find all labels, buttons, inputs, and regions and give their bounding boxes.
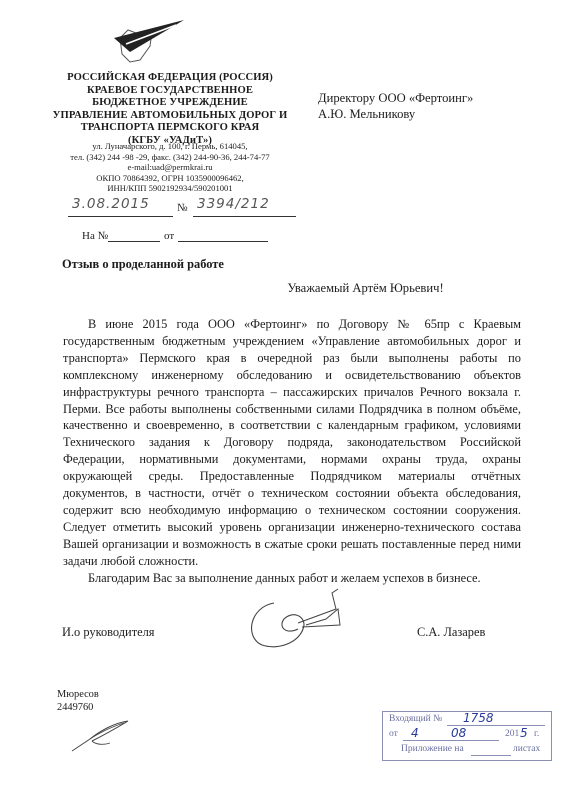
stamp-incoming-number: 1758 bbox=[463, 711, 494, 725]
org-line: БЮДЖЕТНОЕ УЧРЕЖДЕНИЕ bbox=[40, 97, 300, 110]
addressee-position: Директору ООО «Фертоинг» bbox=[318, 90, 473, 106]
reply-reference: На № от bbox=[82, 228, 282, 244]
reply-date-blank bbox=[178, 241, 268, 242]
org-line: КРАЕВОЕ ГОСУДАРСТВЕННОЕ bbox=[40, 85, 300, 98]
stamp-date-line bbox=[403, 740, 499, 741]
stamp-day: 4 bbox=[411, 726, 419, 740]
stamp-year-prefix: 201 bbox=[505, 729, 519, 739]
signer-position: И.о руководителя bbox=[62, 625, 155, 640]
stamp-attachment-label: Приложение на bbox=[401, 744, 464, 754]
executor-name: Мюресов bbox=[57, 689, 99, 702]
incoming-registration-stamp: Входящий № 1758 от 4 08 201 5 г. Приложе… bbox=[382, 711, 552, 761]
email-line: e-mail:uad@permkrai.ru bbox=[40, 162, 300, 173]
executor-phone: 2449760 bbox=[57, 702, 99, 715]
phone-line: тел. (342) 244 -98 -29, факс. (342) 244-… bbox=[40, 152, 300, 163]
reply-from-label: от bbox=[164, 230, 174, 242]
handwritten-signature-icon bbox=[240, 585, 380, 657]
letterhead-contacts: ул. Луначарского, д. 100, г. Пермь, 6140… bbox=[40, 141, 300, 194]
stamp-attachment-row: Приложение на листах bbox=[389, 744, 545, 758]
stamp-sheets-label: листах bbox=[513, 744, 540, 754]
letter-greeting: Уважаемый Артём Юрьевич! bbox=[0, 281, 566, 296]
stamp-year-suffix: 5 bbox=[520, 726, 528, 740]
outgoing-number-field: 3394/212 bbox=[193, 196, 296, 217]
inn-kpp-line: ИНН/КПП 5902192934/590201001 bbox=[40, 183, 300, 194]
body-paragraph: Благодарим Вас за выполнение данных рабо… bbox=[63, 570, 521, 587]
okpo-ogrn-line: ОКПО 70864392, ОГРН 1035900096462, bbox=[40, 173, 300, 184]
organization-logo-icon bbox=[100, 16, 190, 66]
org-line: УПРАВЛЕНИЕ АВТОМОБИЛЬНЫХ ДОРОГ И bbox=[40, 110, 300, 123]
executor-block: Мюресов 2449760 bbox=[57, 689, 99, 714]
org-line: РОССИЙСКАЯ ФЕДЕРАЦИЯ (РОССИЯ) bbox=[40, 72, 300, 85]
addressee-name: А.Ю. Мельникову bbox=[318, 106, 473, 122]
stamp-from-label: от bbox=[389, 729, 398, 739]
outgoing-number: 3394/212 bbox=[197, 196, 270, 212]
stamp-year-label: г. bbox=[534, 729, 539, 739]
org-line: ТРАНСПОРТА ПЕРМСКОГО КРАЯ bbox=[40, 122, 300, 135]
stamp-month: 08 bbox=[451, 726, 466, 740]
letter-subject: Отзыв о проделанной работе bbox=[62, 257, 224, 272]
body-paragraph: В июне 2015 года ООО «Фертоинг» по Догов… bbox=[63, 316, 521, 570]
stamp-date-row: от 4 08 201 5 г. bbox=[389, 729, 545, 743]
stamp-sheets-line bbox=[471, 755, 511, 756]
signer-name: С.А. Лазарев bbox=[417, 625, 485, 640]
address-line: ул. Луначарского, д. 100, г. Пермь, 6140… bbox=[40, 141, 300, 152]
stamp-incoming-label: Входящий № bbox=[389, 714, 442, 724]
reply-number-label: На № bbox=[82, 230, 108, 242]
outgoing-registration: 3.08.2015 № 3394/212 bbox=[68, 196, 292, 218]
outgoing-date-field: 3.08.2015 bbox=[68, 196, 173, 217]
initials-mark-icon bbox=[70, 717, 132, 753]
number-label: № bbox=[177, 202, 188, 214]
outgoing-date: 3.08.2015 bbox=[72, 196, 150, 212]
letterhead-organization: РОССИЙСКАЯ ФЕДЕРАЦИЯ (РОССИЯ) КРАЕВОЕ ГО… bbox=[40, 72, 300, 148]
letter-body: В июне 2015 года ООО «Фертоинг» по Догов… bbox=[63, 316, 521, 587]
addressee-block: Директору ООО «Фертоинг» А.Ю. Мельникову bbox=[318, 90, 473, 122]
reply-number-blank bbox=[108, 241, 160, 242]
